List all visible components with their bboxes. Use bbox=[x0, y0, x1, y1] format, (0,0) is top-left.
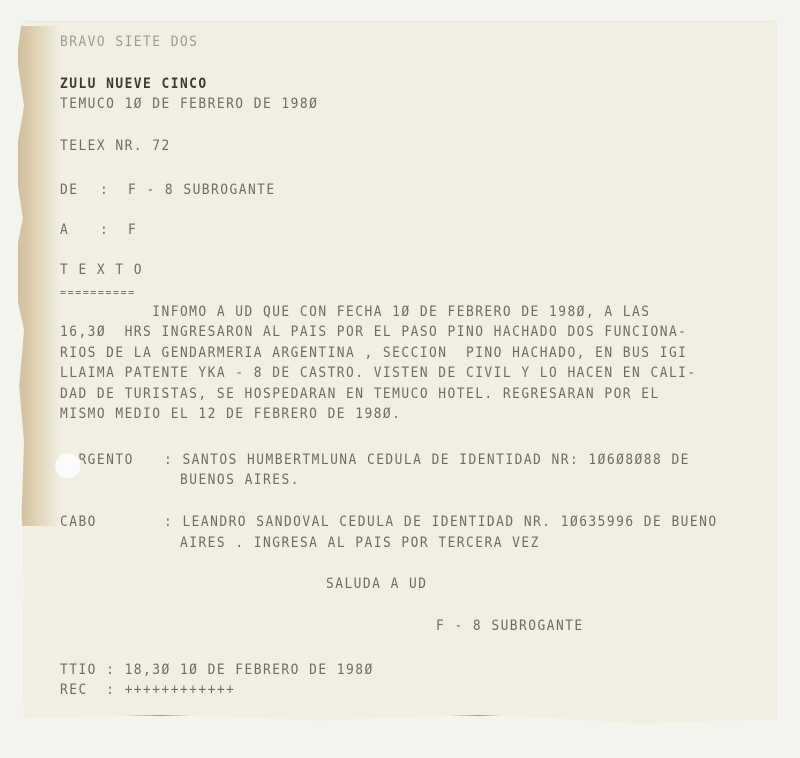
closing: SALUDA A UD bbox=[326, 576, 428, 592]
to-sep: : bbox=[100, 222, 109, 238]
person-line-2b: AIRES . INGRESA AL PAIS POR TERCERA VEZ bbox=[180, 535, 540, 551]
text-heading: T E X T O bbox=[60, 262, 143, 278]
body-line: LLAIMA PATENTE YKA - 8 DE CASTRO. VISTEN… bbox=[60, 365, 697, 381]
from-value: F - 8 SUBROGANTE bbox=[128, 182, 276, 198]
body-line: MISMO MEDIO EL 12 DE FEBRERO DE 198Ø. bbox=[60, 406, 401, 422]
person-line-2a: : LEANDRO SANDOVAL CEDULA DE IDENTIDAD N… bbox=[164, 514, 718, 530]
water-stain bbox=[18, 26, 60, 526]
body-line: INFOMO A UD QUE CON FECHA 1Ø DE FEBRERO … bbox=[60, 304, 650, 320]
header-line-1: BRAVO SIETE DOS bbox=[60, 34, 198, 50]
from-sep: : bbox=[100, 182, 109, 198]
person-rank-2: CABO bbox=[60, 514, 97, 530]
text-rule: ========== bbox=[60, 286, 136, 299]
telex-number: TELEX NR. 72 bbox=[60, 138, 171, 154]
footer-rec: REC : ++++++++++++ bbox=[60, 682, 235, 698]
body-line: 16,3Ø HRS INGRESARON AL PAIS POR EL PASO… bbox=[60, 324, 687, 340]
person-line-1b: BUENOS AIRES. bbox=[180, 472, 300, 488]
person-line-1a: : SANTOS HUMBERTMLUNA CEDULA DE IDENTIDA… bbox=[164, 452, 690, 468]
from-label: DE bbox=[60, 182, 78, 198]
body-line: DAD DE TURISTAS, SE HOSPEDARAN EN TEMUCO… bbox=[60, 386, 660, 402]
to-value: F bbox=[128, 222, 137, 238]
header-line-2: ZULU NUEVE CINCO bbox=[60, 76, 208, 92]
torn-left-edge bbox=[0, 22, 24, 722]
body-line: RIOS DE LA GENDARMERIA ARGENTINA , SECCI… bbox=[60, 345, 687, 361]
signature: F - 8 SUBROGANTE bbox=[436, 618, 584, 634]
punch-hole bbox=[54, 452, 82, 480]
footer-ttio: TTIO : 18,3Ø 1Ø DE FEBRERO DE 198Ø bbox=[60, 662, 374, 678]
place-date: TEMUCO 1Ø DE FEBRERO DE 198Ø bbox=[60, 96, 318, 112]
to-label: A bbox=[60, 222, 69, 238]
